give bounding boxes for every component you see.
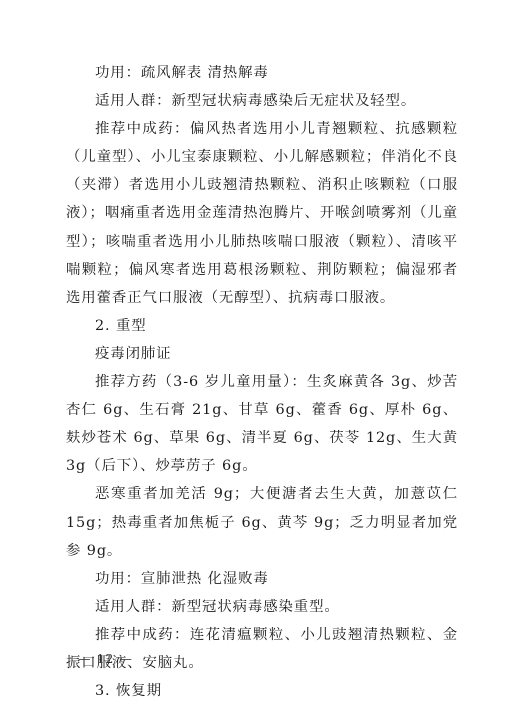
- prescription-modifications: 恶寒重者加羌活 9g；大便溏者去生大黄，加薏苡仁 15g；热毒重者加焦栀子 6g…: [66, 480, 458, 564]
- applicable-population-mild: 适用人群：新型冠状病毒感染后无症状及轻型。: [66, 87, 458, 115]
- section-heading-recovery: 3. 恢复期: [66, 677, 458, 702]
- section-heading-severe: 2. 重型: [66, 312, 458, 340]
- recommended-patent-medicine-mild: 推荐中成药：偏风热者选用小儿青翘颗粒、抗感颗粒（儿童型）、小儿宝泰康颗粒、小儿解…: [66, 115, 458, 312]
- function-line-severe: 功用：宣肺泄热 化湿败毒: [66, 565, 458, 593]
- syndrome-heading: 疫毒闭肺证: [66, 340, 458, 368]
- applicable-population-severe: 适用人群：新型冠状病毒感染重型。: [66, 593, 458, 621]
- document-page: 功用：疏风解表 清热解毒 适用人群：新型冠状病毒感染后无症状及轻型。 推荐中成药…: [0, 0, 523, 702]
- function-line-mild: 功用：疏风解表 清热解毒: [66, 59, 458, 87]
- recommended-patent-medicine-severe: 推荐中成药：连花清瘟颗粒、小儿豉翘清热颗粒、金振口服液、安脑丸。: [66, 621, 458, 677]
- recommended-prescription: 推荐方药（3-6 岁儿童用量）：生炙麻黄各 3g、炒苦杏仁 6g、生石膏 21g…: [66, 368, 458, 480]
- page-number: — 12 —: [78, 651, 133, 666]
- page-body: 功用：疏风解表 清热解毒 适用人群：新型冠状病毒感染后无症状及轻型。 推荐中成药…: [66, 59, 458, 702]
